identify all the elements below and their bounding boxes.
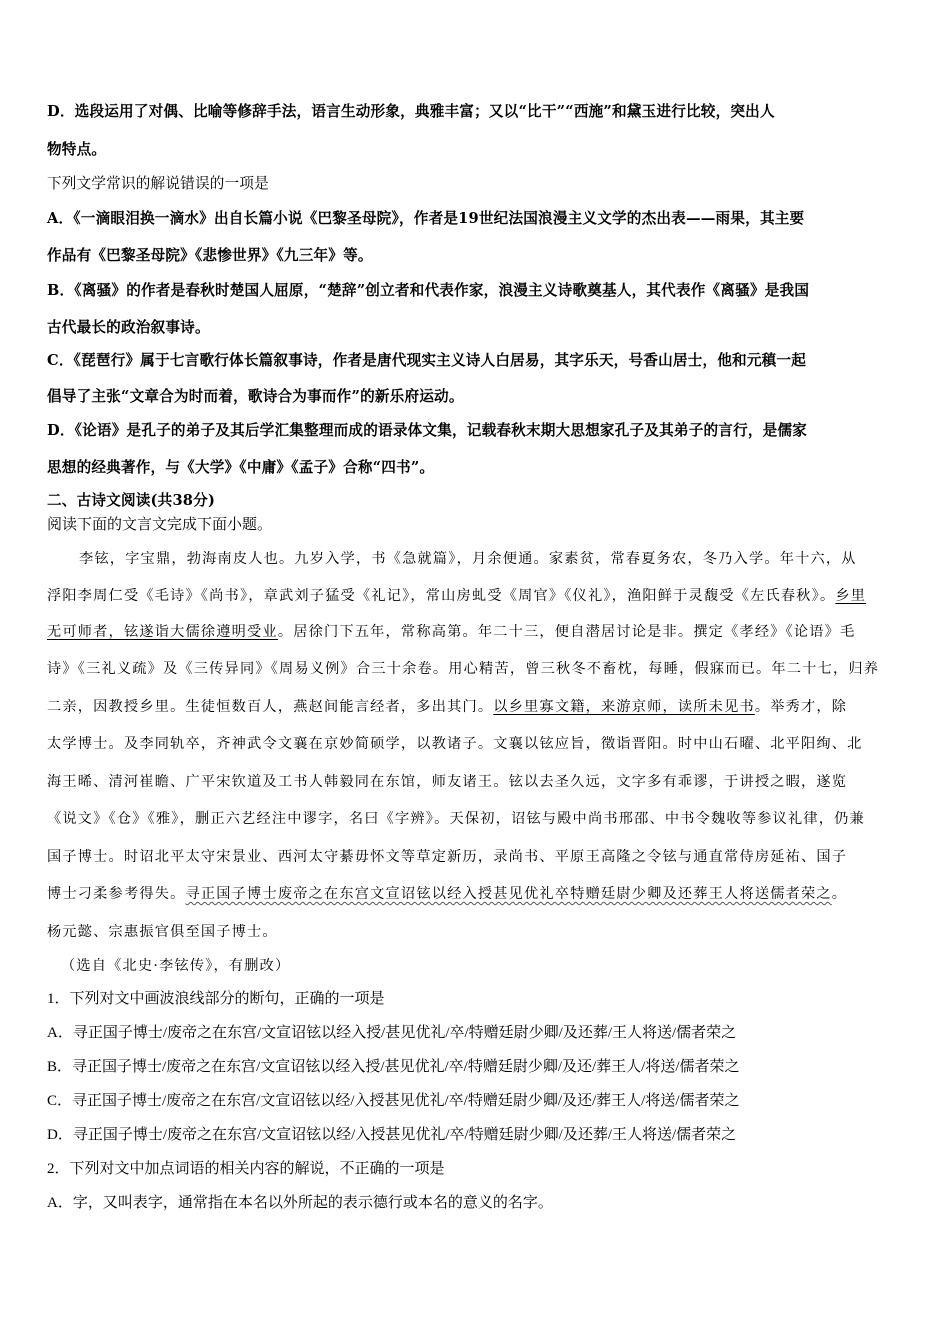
passage-line-4: 诗》《三礼义疏》及《三传异同》《周易义例》合三十余卷。用心精苦，曾三秋冬不畜枕，… <box>47 659 879 679</box>
passage-line-1: 李铉，字宝鼎，勃海南皮人也。九岁入学，书《急就篇》，月余便通。家素贫，常春夏务农… <box>47 549 857 569</box>
option-d-line2: 思想的经典著作，与《大学》《中庸》《孟子》合称“四书”。 <box>47 458 434 478</box>
passage-line-10: 博士刁柔参考得失。寻正国子博士废帝之在东宫文宣诏铉以经入授甚见优礼卒特赠廷尉少卿… <box>47 884 847 904</box>
option-b-line2: 古代最长的政治叙事诗。 <box>47 318 210 338</box>
reading-instruction: 阅读下面的文言文完成下面小题。 <box>47 515 272 535</box>
section-heading: 二、古诗文阅读(共38分) <box>47 491 215 511</box>
question-2-option-a: A．字，又叫表字，通常指在本名以外所起的表示德行或本名的意义的名字。 <box>47 1193 553 1213</box>
passage-text: 浮阳李周仁受《毛诗》《尚书》，章武刘子猛受《礼记》，常山房虬受《周官》《仪礼》，… <box>47 588 835 604</box>
question-1-option-c: C．寻正国子博士/废帝之在东宫/文宣诏铉以经/入授甚见优礼/卒/特赠廷尉少卿/及… <box>47 1091 740 1111</box>
question-1-stem: 1．下列对文中画波浪线部分的断句，正确的一项是 <box>47 989 385 1009</box>
option-c-line2: 倡导了主张“文章合为时而着，歌诗合为事而作”的新乐府运动。 <box>47 387 464 407</box>
passage-line-11: 杨元懿、宗惠振官俱至国子博士。 <box>47 922 278 942</box>
prev-option-d-line2: 物特点。 <box>47 140 106 160</box>
passage-line-2: 浮阳李周仁受《毛诗》《尚书》，章武刘子猛受《礼记》，常山房虬受《周官》《仪礼》，… <box>47 586 866 606</box>
prev-option-d-line1: D．选段运用了对偶、比喻等修辞手法，语言生动形象，典雅丰富；又以“比干”“西施”… <box>47 102 775 122</box>
question-literature: 下列文学常识的解说错误的一项是 <box>47 174 269 194</box>
passage-text: 。居徐门下五年，常称高第。年二十三，便自潜居讨论是非。撰定《孝经》《论语》毛 <box>278 624 856 640</box>
option-a-line2: 作品有《巴黎圣母院》《悲惨世界》《九三年》等。 <box>47 246 373 266</box>
question-2-stem: 2．下列对文中加点词语的相关内容的解说，不正确的一项是 <box>47 1159 445 1179</box>
passage-source: （选自《北史·李铉传》，有删改） <box>47 956 290 976</box>
passage-line-7: 海王晞、清河崔瞻、广平宋钦道及工书人韩毅同在东馆，师友诸王。铉以去圣久远，文字多… <box>47 772 847 792</box>
underlined-sentence-1: 乡里 <box>835 588 866 604</box>
option-c-line1: C．《琵琶行》属于七言歌行体长篇叙事诗，作者是唐代现实主义诗人白居易，其字乐天，… <box>47 351 806 371</box>
underlined-sentence-2: 以乡里寡文籍，来游京师，读所未见书 <box>493 699 755 715</box>
passage-text: 博士刁柔参考得失。 <box>47 886 186 902</box>
passage-text: 二亲，因教授乡里。生徒恒数百人，燕赵间能言经者，多出其门。 <box>47 699 493 715</box>
passage-line-9: 国子博士。时诏北平太守宋景业、西河太守綦毋怀文等草定新历，录尚书、平原王高隆之令… <box>47 847 847 867</box>
passage-line-5: 二亲，因教授乡里。生徒恒数百人，燕赵间能言经者，多出其门。以乡里寡文籍，来游京师… <box>47 697 847 717</box>
passage-line-8: 《说文》《仓》《雅》，删正六艺经注中谬字，名曰《字辨》。天保初，诏铉与殿中尚书邢… <box>47 809 865 829</box>
question-1-option-a: A．寻正国子博士/废帝之在东宫/文宣诏铉以经入授/甚见优礼/卒/特赠廷尉少卿/及… <box>47 1023 736 1043</box>
passage-text: 。举秀才，除 <box>755 699 847 715</box>
option-d-line1: D．《论语》是孔子的弟子及其后学汇集整理而成的语录体文集，记载春秋末期大思想家孔… <box>47 421 807 441</box>
question-1-option-b: B．寻正国子博士/废帝之在东宫/文宣诏铉以经入授/甚见优礼/卒/特赠廷尉少卿/及… <box>47 1057 740 1077</box>
option-b-line1: B．《离骚》的作者是春秋时楚国人屈原，“楚辞”创立者和代表作家，浪漫主义诗歌奠基… <box>47 281 809 301</box>
passage-line-6: 太学博士。及李同轨卒，齐神武令文襄在京妙简硕学，以教诸子。文襄以铉应旨，徵诣晋阳… <box>47 734 863 754</box>
option-a-line1: A．《一滴眼泪换一滴水》出自长篇小说《巴黎圣母院》，作者是19世纪法国浪漫主义文… <box>47 209 804 229</box>
passage-text: 。 <box>832 886 847 902</box>
underlined-sentence-1-cont: 无可师者，铉遂诣大儒徐遵明受业 <box>47 624 278 640</box>
question-1-option-d: D．寻正国子博士/废帝之在东宫/文宣诏铉以经/入授甚见优礼/卒/特赠廷尉少卿/及… <box>47 1125 736 1145</box>
passage-line-3: 无可师者，铉遂诣大儒徐遵明受业。居徐门下五年，常称高第。年二十三，便自潜居讨论是… <box>47 622 855 642</box>
wavy-underlined-sentence: 寻正国子博士废帝之在东宫文宣诏铉以经入授甚见优礼卒特赠廷尉少卿及还葬王人将送儒者… <box>186 886 832 902</box>
